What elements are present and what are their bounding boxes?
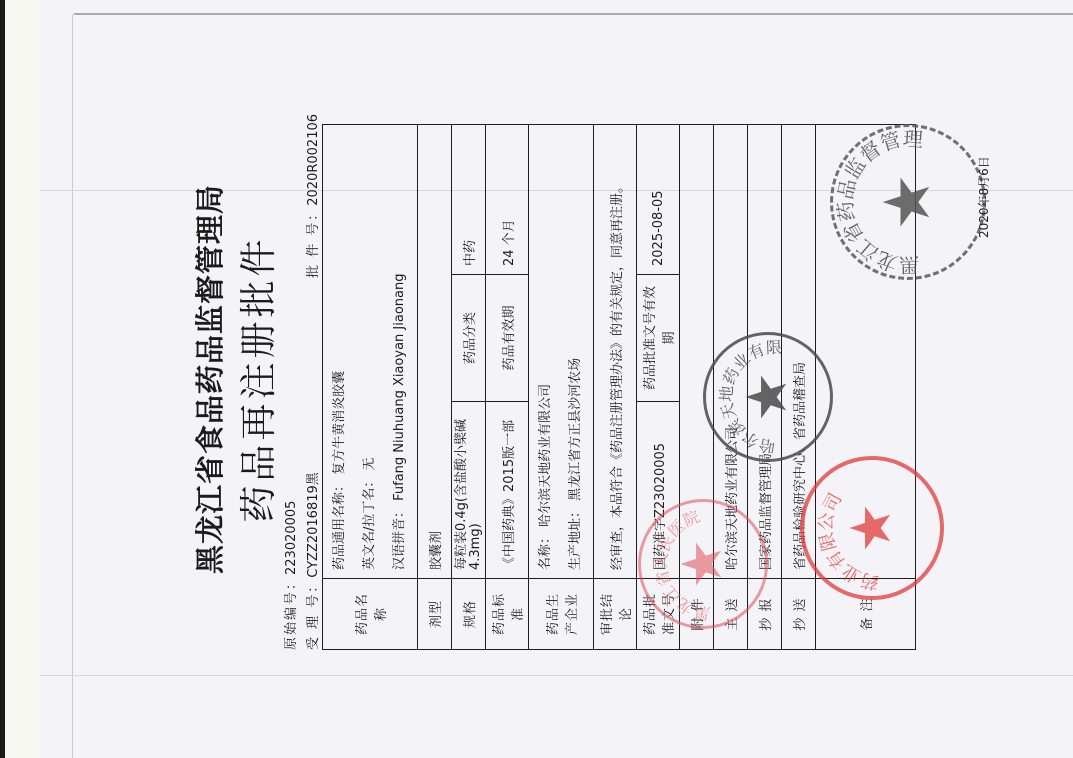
pinyin-name: 汉语拼音： Fufang Niuhuang Xiaoyan Jiaonang bbox=[385, 133, 415, 570]
dosage-form-label: 剂型 bbox=[418, 579, 452, 650]
drug-name-cell: 药品通用名称： 复方牛黄消炎胶囊 英文名/拉丁名： 无 汉语拼音： Fufang… bbox=[323, 125, 418, 579]
approval-number: 批 件 号：2020R002106 bbox=[302, 114, 321, 278]
svg-text:黑龙江省药品监督管理局: 黑龙江省药品监督管理局 bbox=[833, 127, 924, 277]
red-seal-left: ★ 黑龙江省人民医院 bbox=[638, 499, 768, 629]
acceptance-number-value: CYZZ2016819黑 bbox=[306, 472, 321, 578]
svg-text:黑龙江省人民医院: 黑龙江省人民医院 bbox=[652, 507, 712, 624]
dosage-form-value: 胶囊剂 bbox=[418, 125, 452, 579]
svg-text:哈尔滨天地药业有限公司: 哈尔滨天地药业有限公司 bbox=[706, 338, 782, 459]
generic-name: 药品通用名称： 复方牛黄消炎胶囊 bbox=[325, 133, 355, 570]
manufacturer-name: 名称： 哈尔滨天地药业有限公司 bbox=[531, 133, 561, 570]
red-seal-right: ★ 药业有限公司 bbox=[800, 456, 944, 600]
manufacturer-address: 生产地址： 黑龙江省方正县沙河农场 bbox=[561, 133, 591, 570]
conclusion-value: 经审查，本品符合《药品注册管理办法》的有关规定，同意再注册。 bbox=[594, 125, 637, 579]
scanner-margin bbox=[5, 0, 40, 758]
approval-doc-validity-value: 2025-08-05 bbox=[637, 125, 680, 275]
manufacturer-label: 药品生产企业 bbox=[529, 579, 594, 650]
seal-arc-text: 药业有限公司 bbox=[804, 460, 940, 596]
document-title: 药品再注册批件 bbox=[228, 0, 282, 758]
validity-label: 药品有效期 bbox=[486, 275, 529, 402]
table-row: 药品标准 《中国药典》2015版一部 药品有效期 24 个月 bbox=[486, 125, 529, 650]
standard-value: 《中国药典》2015版一部 bbox=[486, 402, 529, 579]
svg-text:药业有限公司: 药业有限公司 bbox=[815, 490, 880, 593]
issuer-heading: 黑龙江省食品药品监督管理局 bbox=[188, 0, 229, 758]
english-name: 英文名/拉丁名： 无 bbox=[355, 133, 385, 570]
acceptance-number-label: 受 理 号： bbox=[306, 578, 321, 650]
original-number: 原始编号：223020005 bbox=[280, 501, 299, 650]
approval-document: 黑龙江省食品药品监督管理局 药品再注册批件 原始编号：223020005 受 理… bbox=[40, 0, 1073, 758]
table-row: 药品生产企业 名称： 哈尔滨天地药业有限公司 生产地址： 黑龙江省方正县沙河农场 bbox=[529, 125, 594, 650]
validity-value: 24 个月 bbox=[486, 125, 529, 275]
table-row: 审批结论 经审查，本品符合《药品注册管理办法》的有关规定，同意再注册。 bbox=[594, 125, 637, 650]
specification-label: 规格 bbox=[452, 579, 486, 650]
drug-name-label: 药品名称 bbox=[323, 579, 418, 650]
seal-arc-text: 黑龙江省人民医院 bbox=[641, 502, 765, 626]
company-seal: ★ 哈尔滨天地药业有限公司 bbox=[703, 332, 833, 462]
seal-arc-text: 黑龙江省药品监督管理局 bbox=[833, 127, 983, 277]
acceptance-number: 受 理 号：CYZZ2016819黑 bbox=[302, 472, 321, 650]
seal-date: 2020年8月6日 bbox=[975, 156, 992, 238]
category-value: 中药 bbox=[452, 125, 486, 275]
approval-number-label: 批 件 号： bbox=[306, 206, 321, 278]
original-number-label: 原始编号： bbox=[284, 575, 299, 650]
seal-arc-text: 哈尔滨天地药业有限公司 bbox=[706, 335, 830, 459]
specification-value: 每粒装0.4g(含盐酸小檗碱4.3mg) bbox=[452, 402, 486, 579]
manufacturer-cell: 名称： 哈尔滨天地药业有限公司 生产地址： 黑龙江省方正县沙河农场 bbox=[529, 125, 594, 579]
table-row: 规格 每粒装0.4g(含盐酸小檗碱4.3mg) 药品分类 中药 bbox=[452, 125, 486, 650]
original-number-value: 223020005 bbox=[284, 501, 299, 575]
category-label: 药品分类 bbox=[452, 275, 486, 402]
official-seal: ★ 黑龙江省药品监督管理局 bbox=[830, 124, 986, 280]
conclusion-label: 审批结论 bbox=[594, 579, 637, 650]
table-row: 剂型 胶囊剂 bbox=[418, 125, 452, 650]
approval-doc-validity-label: 药品批准文号有效期 bbox=[637, 275, 680, 402]
table-row: 药品名称 药品通用名称： 复方牛黄消炎胶囊 英文名/拉丁名： 无 汉语拼音： F… bbox=[323, 125, 418, 650]
approval-number-value: 2020R002106 bbox=[306, 114, 321, 206]
standard-label: 药品标准 bbox=[486, 579, 529, 650]
